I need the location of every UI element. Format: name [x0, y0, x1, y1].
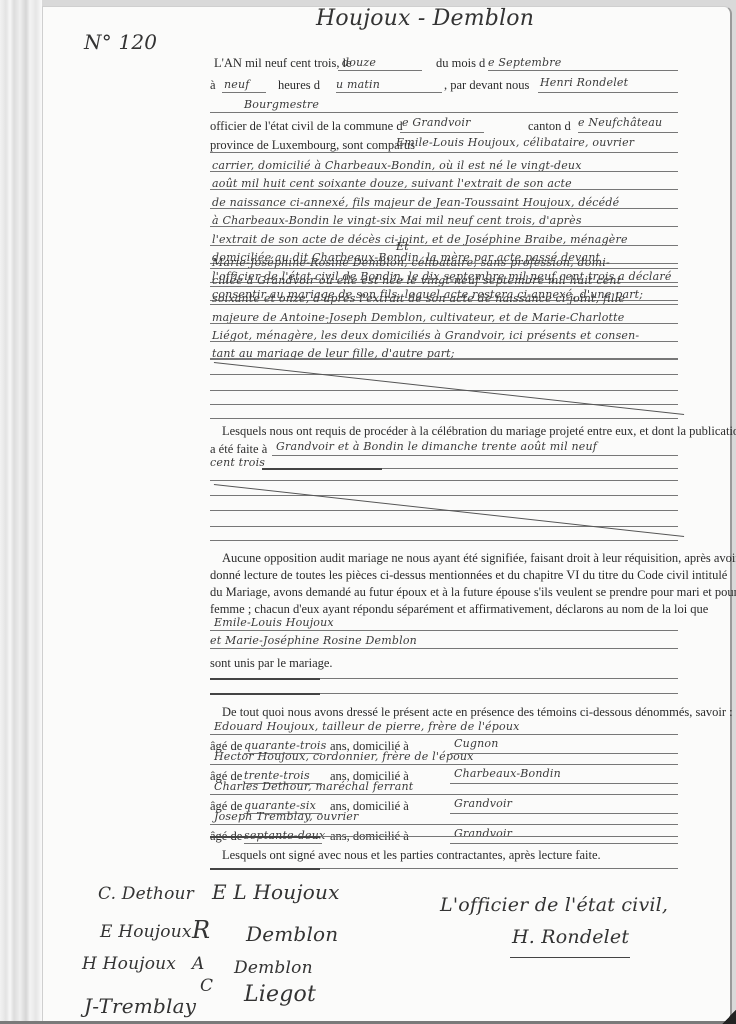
closing-statement: Lesquels ont signé avec nous et les part… [222, 848, 601, 863]
spouse-1-name: Emile-Louis Houjoux [214, 616, 334, 629]
publication-line1: Lesquels nous ont requis de procéder à l… [222, 424, 736, 439]
canton: e Neufchâteau [578, 116, 662, 129]
signature-initial-c: C [200, 976, 213, 996]
witness-name: Edouard Houjoux, tailleur de pierre, frè… [214, 720, 520, 733]
declaration-line2: donné lecture de toutes les pièces ci-de… [210, 568, 727, 583]
act-line2-mid: heures d [278, 78, 320, 93]
united-statement: sont unis par le mariage. [210, 656, 333, 671]
signature-e-houjoux: E Houjoux [100, 922, 192, 942]
act-line2-suffix: , par devant nous [444, 78, 529, 93]
signature-groom: E L Houjoux [212, 880, 340, 904]
signature-h-houjoux: H Houjoux [82, 954, 176, 974]
act-line2-prefix: à [210, 78, 216, 93]
signature-initial-a: A [192, 954, 204, 974]
act-line1-prefix: L'AN mil neuf cent trois, le [214, 56, 352, 71]
witness-residence: Charbeaux-Bondin [454, 767, 561, 780]
act-line4-mid: canton d [528, 119, 571, 134]
witness-residence: Grandvoir [454, 827, 512, 840]
witness-name: Hector Houjoux, cordonnier, frère de l'é… [214, 750, 474, 763]
publication-place-line2: cent trois [210, 456, 265, 469]
signature-demblon-1: Demblon [246, 922, 338, 946]
act-line4-prefix: officier de l'état civil de la commune d [210, 119, 403, 134]
witness-residence: Cugnon [454, 737, 499, 750]
witnesses-intro: De tout quoi nous avons dressé le présen… [222, 705, 733, 720]
act-month: e Septembre [488, 56, 561, 69]
declaration-line4: femme ; chacun d'eux ayant répondu sépar… [210, 602, 708, 617]
commune: e Grandvoir [402, 116, 471, 129]
officer-signature-name: H. Rondelet [512, 926, 629, 948]
officer-signature-caption: L'officier de l'état civil, [440, 894, 668, 916]
signature-liegot: Liegot [244, 982, 316, 1007]
witness-residence: Grandvoir [454, 797, 512, 810]
signature-initial-r: R [192, 916, 210, 944]
witness-name: Charles Dethour, maréchal ferrant [214, 780, 413, 793]
conjunction-et: Et [396, 240, 409, 253]
act-time-of-day: u matin [336, 78, 380, 91]
signature-dethour: C. Dethour [98, 884, 194, 904]
officer-name: Henri Rondelet [540, 76, 628, 89]
groom-detail-line: Emile-Louis Houjoux, célibataire, ouvrie… [396, 136, 634, 149]
signature-demblon-2: Demblon [234, 958, 313, 978]
scan-corner [722, 1010, 736, 1024]
act-hour: neuf [224, 78, 250, 91]
signature-tremblay: J-Tremblay [84, 994, 196, 1018]
witness-name: Joseph Tremblay, ouvrier [214, 810, 358, 823]
act-day: douze [342, 56, 376, 69]
publication-place-line1: Grandvoir et à Bondin le dimanche trente… [276, 440, 597, 453]
declaration-line3: du Mariage, avons demandé au futur époux… [210, 585, 736, 600]
officer-title: Bourgmestre [244, 98, 319, 111]
act-line1-mid: du mois d [436, 56, 485, 71]
record-title: Houjoux - Demblon [316, 6, 534, 31]
record-number: N° 120 [84, 30, 157, 54]
act-line5-prefix: province de Luxembourg, sont comparus [210, 138, 415, 153]
spouse-2-name: et Marie-Joséphine Rosine Demblon [210, 634, 417, 647]
publication-line2-prefix: a été faite à [210, 442, 267, 457]
scan-binding-edge [0, 0, 42, 1024]
declaration-line1: Aucune opposition audit mariage ne nous … [222, 551, 736, 566]
